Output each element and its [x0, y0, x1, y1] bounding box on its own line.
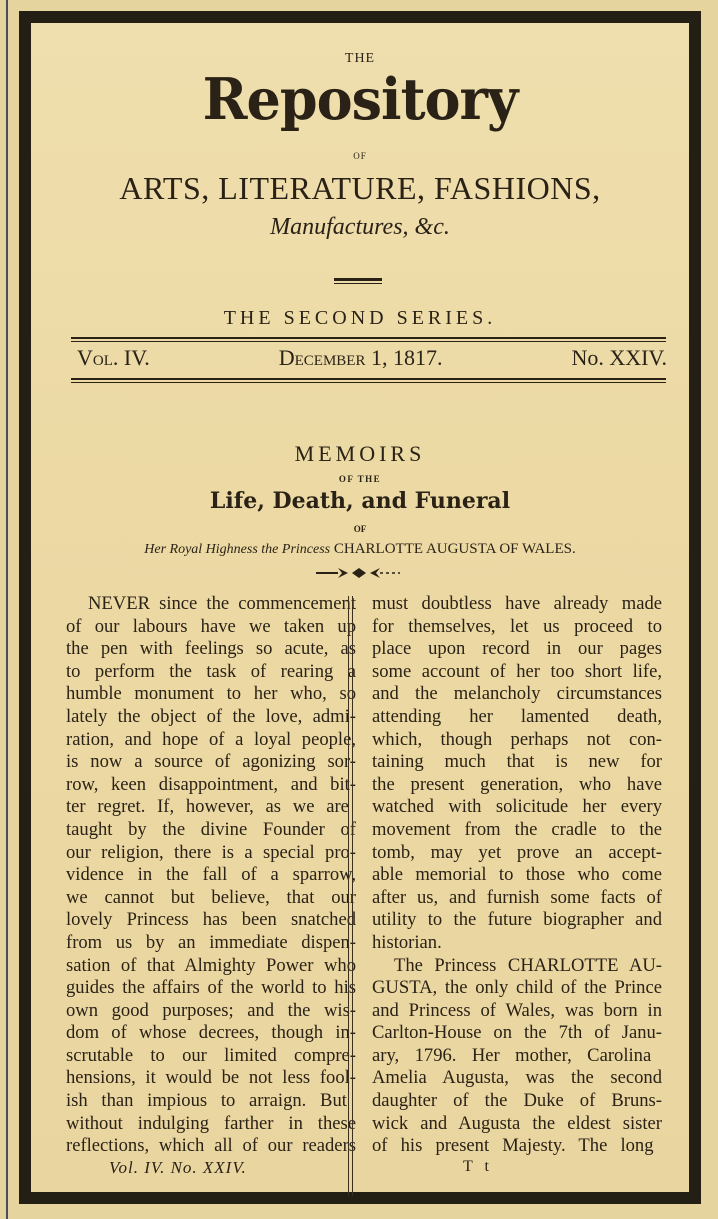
column-left: NEVER since the commencement of our labo…	[66, 593, 356, 1158]
text-line: taught by the divine Founder of	[66, 819, 356, 842]
text-line: ish than impious to arraign. But	[66, 1090, 356, 1113]
text-line: scrutable to our limited compre-	[66, 1045, 356, 1068]
series-label: THE SECOND SERIES.	[31, 307, 689, 330]
text-line: and Princess of Wales, was born in	[372, 1000, 662, 1023]
issue-number: No. XXIV.	[571, 345, 667, 371]
text-line: ration, and hope of a loyal people,	[66, 729, 356, 752]
column-divider	[348, 596, 349, 1196]
dash-diamond-ornament-icon	[314, 566, 404, 580]
text-line: vidence in the fall of a sparrow,	[66, 864, 356, 887]
text-line: own good purposes; and the wis-	[66, 1000, 356, 1023]
column-right: must doubtless have already made for the…	[372, 593, 662, 1158]
text-line: ary, 1796. Her mother, Carolina	[372, 1045, 662, 1068]
text-line: utility to the future biographer and	[372, 909, 662, 932]
text-line: must doubtless have already made	[372, 593, 662, 616]
ornamental-rule	[334, 278, 382, 281]
issue-rule-bottom	[71, 378, 666, 380]
text-line: humble monument to her who, so	[66, 683, 356, 706]
text-line: NEVER since the commencement	[66, 593, 356, 616]
text-line: hensions, it would be not less fool-	[66, 1067, 356, 1090]
magazine-page: THE Repository OF ARTS, LITERATURE, FASH…	[19, 11, 701, 1204]
article-subject-italic: Her Royal Highness the Princess	[144, 542, 330, 557]
text-line: lovely Princess has been snatched	[66, 909, 356, 932]
issue-date: December 1, 1817.	[279, 345, 443, 371]
text-line: to perform the task of rearing a	[66, 661, 356, 684]
article-subject: Her Royal Highness the Princess CHARLOTT…	[31, 541, 689, 558]
text-line: the present generation, who have	[372, 774, 662, 797]
text-line: daughter of the Duke of Bruns-	[372, 1090, 662, 1113]
article-of-the: OF THE	[31, 474, 689, 484]
text-line: is now a source of agonizing sor-	[66, 751, 356, 774]
text-line: GUSTA, the only child of the Prince	[372, 977, 662, 1000]
issue-rule-bottom-thin	[71, 382, 666, 383]
masthead-subtitle-italic: Manufactures, &c.	[31, 214, 689, 241]
text-line: The Princess CHARLOTTE AU-	[372, 955, 662, 978]
volume-label: Vol. IV.	[77, 345, 150, 371]
text-line: which, though perhaps not con-	[372, 729, 662, 752]
text-line: for themselves, let us proceed to	[372, 616, 662, 639]
text-line: of his present Majesty. The long	[372, 1135, 662, 1158]
text-line: our religion, there is a special pro-	[66, 842, 356, 865]
text-line: place upon record in our pages	[372, 638, 662, 661]
article-subject-name: CHARLOTTE AUGUSTA OF WALES.	[334, 541, 576, 557]
text-line: able memorial to those who come	[372, 864, 662, 887]
text-line: sation of that Almighty Power who	[66, 955, 356, 978]
text-line: row, keen disappointment, and bit-	[66, 774, 356, 797]
text-line: reflections, which all of our readers	[66, 1135, 356, 1158]
masthead-of: OF	[31, 151, 689, 161]
issue-rule-top-thin	[71, 341, 666, 342]
text-line: ter regret. If, however, as we are	[66, 796, 356, 819]
text-line: from us by an immediate dispen-	[66, 932, 356, 955]
text-line: we cannot but believe, that our	[66, 887, 356, 910]
issue-info-row: Vol. IV. December 1, 1817. No. XXIV.	[77, 345, 667, 371]
text-line: lately the object of the love, admi-	[66, 706, 356, 729]
text-line: movement from the cradle to the	[372, 819, 662, 842]
issue-rule-top	[71, 337, 666, 339]
text-line: attending her lamented death,	[372, 706, 662, 729]
text-line: and the melancholy circumstances	[372, 683, 662, 706]
text-line: after us, and furnish some facts of	[372, 887, 662, 910]
signature-left: Vol. IV. No. XXIV.	[109, 1158, 247, 1178]
column-divider-second	[352, 596, 353, 1196]
text-line: taining much that is new for	[372, 751, 662, 774]
masthead-subtitle: ARTS, LITERATURE, FASHIONS,	[31, 170, 689, 207]
text-line: historian.	[372, 932, 662, 955]
text-line: without indulging farther in these	[66, 1113, 356, 1136]
text-line: guides the affairs of the world to his	[66, 977, 356, 1000]
text-line: wick and Augusta the eldest sister	[372, 1113, 662, 1136]
text-line: tomb, may yet prove an accept-	[372, 842, 662, 865]
text-line: Carlton-House on the 7th of Janu-	[372, 1022, 662, 1045]
masthead-title: Repository	[31, 65, 689, 132]
signature-right: T t	[463, 1158, 493, 1176]
ornamental-rule-thin	[334, 283, 382, 284]
scan-edge-line	[6, 0, 8, 1219]
text-line: of our labours have we taken up	[66, 616, 356, 639]
text-line: some account of her too short life,	[372, 661, 662, 684]
article-title: MEMOIRS	[31, 441, 689, 467]
article-of: OF	[31, 524, 689, 534]
text-line: the pen with feelings so acute, as	[66, 638, 356, 661]
text-line: dom of whose decrees, though in-	[66, 1022, 356, 1045]
text-line: watched with solicitude her every	[372, 796, 662, 819]
text-line: Amelia Augusta, was the second	[372, 1067, 662, 1090]
article-subtitle: Life, Death, and Funeral	[31, 488, 689, 514]
